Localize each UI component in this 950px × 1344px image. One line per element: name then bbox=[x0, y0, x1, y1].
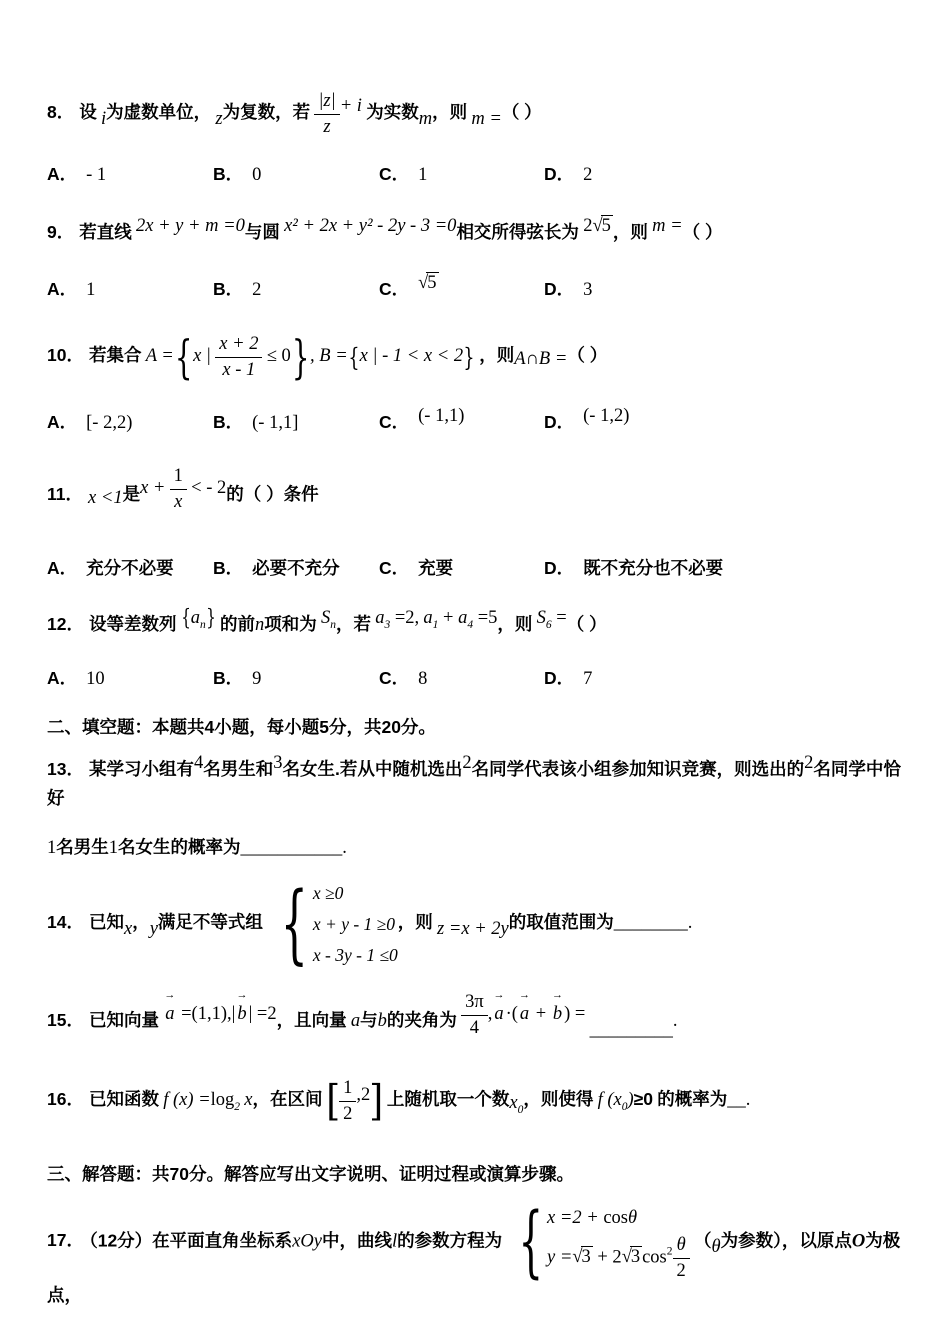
answer-blank: ________ bbox=[614, 913, 688, 933]
option-value-sqrt: √5 bbox=[418, 270, 438, 298]
q13-count-1: 1 bbox=[47, 838, 56, 858]
q14-var-x: x bbox=[124, 916, 132, 944]
right-bracket: ] bbox=[369, 1080, 383, 1122]
q12-answer-parens: （ ） bbox=[567, 614, 607, 634]
answer-blank: ___________ bbox=[241, 838, 343, 858]
q17-xOy: xOy bbox=[292, 1231, 322, 1251]
inequality-row-3: x - 3y - 1 ≤0 bbox=[313, 940, 398, 971]
q16-comma-2: ,2 bbox=[356, 1085, 370, 1105]
q17-number: 17． bbox=[47, 1230, 84, 1250]
cases-brace: { bbox=[281, 881, 308, 967]
vector-letter: b bbox=[553, 1004, 562, 1024]
radicand: 3 bbox=[581, 1246, 593, 1267]
option-label: C． bbox=[379, 279, 409, 299]
q12-a1-a4-equation: a1 + a4 =5 bbox=[423, 605, 497, 634]
option-11-D: D．既不充分也不必要 bbox=[544, 555, 906, 582]
var-S: S bbox=[537, 608, 546, 628]
radicand: 5 bbox=[426, 272, 438, 293]
option-label: B． bbox=[213, 412, 243, 432]
inequality-row-2: x + y - 1 ≥0 bbox=[313, 909, 398, 940]
q11-inequality: x + 1x < - 2 bbox=[140, 465, 226, 514]
q10-leq-zero: ≤ 0 bbox=[267, 346, 291, 366]
parametric-system: {x =2 + cosθy =√3 + 2√3cos2θ2 bbox=[506, 1202, 689, 1283]
question-12-stem: 12．设等差数列 {an} 的前n项和为 Sn，若 a3 =2, a1 + a4… bbox=[47, 611, 906, 641]
var-x: x bbox=[509, 1093, 517, 1113]
x-equation: x =2 + bbox=[547, 1208, 603, 1228]
q10-set-A-equals: A = bbox=[146, 346, 174, 366]
q9-line-equation: 2x + y + m =0 bbox=[136, 213, 245, 241]
vector-letter: b bbox=[237, 1004, 246, 1024]
var-theta: θ bbox=[628, 1208, 637, 1228]
question-15-stem: 15．已知向量 →a =(1,1),|→b| =2，且向量 a与b的夹角为 3π… bbox=[47, 998, 906, 1047]
q10-answer-parens: （ ） bbox=[567, 345, 607, 365]
q13-count-2: 2 bbox=[462, 750, 471, 778]
option-12-C: C．8 bbox=[379, 665, 544, 694]
q13-text: 名女生的概率为 bbox=[118, 837, 241, 857]
q16-text: 上随机取一个数 bbox=[387, 1089, 510, 1109]
question-10-stem: 10．若集合 A ={x | x + 2x - 1 ≤ 0}, B ={x | … bbox=[47, 333, 906, 382]
option-value: (- 1,1) bbox=[418, 403, 464, 431]
q11-number: 11． bbox=[47, 484, 83, 504]
radicand: 3 bbox=[630, 1246, 642, 1267]
q13-text: 名同学代表该小组参加知识竞赛，则选出的 bbox=[472, 759, 805, 779]
q14-text: ，则 bbox=[398, 912, 433, 932]
q10-set-B-condition: x | - 1 < x < 2 bbox=[360, 346, 464, 366]
q15-a-value: =(1,1), bbox=[176, 1004, 231, 1024]
question-9-options: A．1 B．2 C．√5 D．3 bbox=[47, 276, 906, 305]
option-value: 1 bbox=[418, 165, 427, 185]
q10-text: ，则 bbox=[479, 345, 514, 365]
q14-text: 已知 bbox=[89, 912, 124, 932]
sqrt-coefficient: 2 bbox=[583, 216, 592, 236]
q17-text: 为参数），以原点 bbox=[721, 1230, 852, 1250]
q8-number: 8． bbox=[47, 102, 74, 122]
option-8-B: B．0 bbox=[213, 161, 379, 190]
q9-circle-equation: x² + 2x + y² - 2y - 3 =0 bbox=[284, 213, 456, 241]
q8-text: 为虚数单位， bbox=[106, 102, 211, 122]
q8-text: 为实数 bbox=[366, 102, 419, 122]
q11-less-minus-2: < - 2 bbox=[191, 478, 226, 498]
option-value: 8 bbox=[418, 669, 427, 689]
fraction-1-over-x: 1x bbox=[170, 465, 187, 514]
radicand: 5 bbox=[601, 215, 613, 236]
question-12-options: A．10 B．9 C．8 D．7 bbox=[47, 665, 906, 694]
option-label: C． bbox=[379, 668, 409, 688]
option-9-B: B．2 bbox=[213, 276, 379, 305]
q12-Sn: Sn bbox=[321, 605, 336, 634]
option-value: [- 2,2) bbox=[86, 413, 132, 433]
option-label: A． bbox=[47, 668, 77, 688]
plus: + bbox=[531, 1004, 551, 1024]
q8-text: 为复数，若 bbox=[223, 102, 311, 122]
cases-brace: { bbox=[519, 1203, 544, 1281]
option-10-B: B．(- 1,1] bbox=[213, 409, 379, 438]
q9-answer-parens: （ ） bbox=[683, 222, 723, 242]
inequality-row-1: x ≥0 bbox=[313, 878, 398, 909]
var-a: a bbox=[191, 608, 200, 628]
option-label: B． bbox=[213, 279, 243, 299]
option-value: 0 bbox=[252, 165, 261, 185]
fraction-numerator: 1 bbox=[339, 1077, 356, 1102]
q8-answer-parens: （ ） bbox=[502, 102, 542, 122]
q15-text: 的夹角为 bbox=[387, 1010, 457, 1030]
q13-text: 名男生和 bbox=[203, 759, 273, 779]
q12-text: ，则 bbox=[497, 614, 532, 634]
period: . bbox=[688, 913, 693, 933]
question-13-line-2: 1名男生1名女生的概率为___________. bbox=[47, 834, 906, 863]
q15-number: 15． bbox=[47, 1010, 84, 1030]
option-label: A． bbox=[47, 412, 77, 432]
q16-geq-zero: ≥0 bbox=[634, 1089, 653, 1109]
q14-text: 的取值范围为 bbox=[509, 912, 614, 932]
q12-text: 设等差数列 bbox=[89, 614, 177, 634]
q12-text: 的前 bbox=[220, 614, 255, 634]
q17-param-theta: θ bbox=[712, 1234, 721, 1262]
option-value: - 1 bbox=[86, 165, 106, 185]
left-brace: { bbox=[175, 334, 193, 380]
option-label: B． bbox=[213, 164, 243, 184]
option-12-D: D．7 bbox=[544, 665, 906, 694]
q13-text: 名女生.若从中随机选出 bbox=[282, 759, 462, 779]
equals: = bbox=[552, 608, 567, 628]
option-value: 既不充分也不必要 bbox=[583, 558, 723, 578]
fraction-theta-over-2: θ2 bbox=[673, 1234, 690, 1283]
log-function: log bbox=[211, 1090, 235, 1110]
q13-text: 某学习小组有 bbox=[89, 759, 194, 779]
q15-b-norm: | =2 bbox=[249, 1004, 277, 1024]
inequality-system: {x ≥0x + y - 1 ≥0x - 3y - 1 ≤0 bbox=[267, 878, 398, 970]
q14-comma: ， bbox=[132, 912, 150, 932]
fraction-x-plus-2-over-x-minus-1: x + 2x - 1 bbox=[215, 333, 262, 382]
q15-text: 与 bbox=[360, 1010, 378, 1030]
option-10-A: A．[- 2,2) bbox=[47, 409, 213, 438]
option-label: C． bbox=[379, 164, 409, 184]
sqrt-3: √3 bbox=[572, 1241, 592, 1273]
option-12-A: A．10 bbox=[47, 665, 213, 694]
q12-text: ，若 bbox=[336, 614, 371, 634]
option-8-D: D．2 bbox=[544, 161, 906, 190]
q14-objective: z =x + 2y bbox=[437, 916, 509, 944]
option-value: (- 1,1] bbox=[252, 413, 298, 433]
option-value: 7 bbox=[583, 669, 592, 689]
q14-number: 14． bbox=[47, 912, 84, 932]
plus: + bbox=[438, 608, 458, 628]
q17-text: 中，曲线 bbox=[322, 1230, 392, 1250]
q16-text: ，则使得 bbox=[523, 1089, 593, 1109]
dot-open-paren: ·( bbox=[506, 1004, 518, 1024]
parametric-row-2: y =√3 + 2√3cos2θ2 bbox=[547, 1234, 690, 1283]
subscript-n: n bbox=[200, 619, 206, 631]
equals-2: =2, bbox=[390, 608, 419, 628]
cos-function: cos bbox=[642, 1247, 667, 1267]
option-label: A． bbox=[47, 164, 77, 184]
var-S: S bbox=[321, 608, 330, 628]
vector-a: →a bbox=[492, 1001, 505, 1029]
section-3-header: 三、解答题：共70分。解答应写出文字说明、证明过程或演算步骤。 bbox=[47, 1161, 906, 1187]
q8-var-z: z bbox=[215, 106, 222, 134]
fraction-denominator: z bbox=[314, 115, 339, 138]
sqrt-3: √3 bbox=[622, 1241, 642, 1273]
cases-rows: x =2 + cosθy =√3 + 2√3cos2θ2 bbox=[547, 1202, 690, 1283]
q12-a3-equation: a3 =2, bbox=[375, 605, 419, 634]
question-14-stem: 14．已知x，y满足不等式组 {x ≥0x + y - 1 ≥0x - 3y -… bbox=[47, 878, 906, 970]
fraction-denominator: 2 bbox=[673, 1259, 690, 1282]
answer-blank: _________ bbox=[590, 1017, 673, 1045]
q12-sequence-an: {an} bbox=[181, 605, 216, 634]
vector-letter: a bbox=[520, 1004, 529, 1024]
fraction-denominator: 4 bbox=[461, 1016, 488, 1039]
period: . bbox=[746, 1090, 751, 1110]
section-2-header: 二、填空题：本题共4小题，每小题5分，共20分。 bbox=[47, 714, 906, 740]
q8-var-m: m bbox=[419, 106, 432, 134]
q9-text: 相交所得弦长为 bbox=[456, 222, 579, 242]
option-value: 充分不必要 bbox=[86, 558, 174, 578]
fraction-numerator: 1 bbox=[170, 465, 187, 490]
q13-count-2: 2 bbox=[804, 750, 813, 778]
cases-rows: x ≥0x + y - 1 ≥0x - 3y - 1 ≤0 bbox=[313, 878, 398, 970]
q14-text: 满足不等式组 bbox=[158, 912, 263, 932]
log-base-2: 2 bbox=[234, 1101, 240, 1113]
q8-var-i: i bbox=[101, 106, 106, 134]
q10-set-condition: x | bbox=[193, 346, 211, 366]
vector-arrow-icon: → bbox=[493, 990, 504, 1001]
option-10-D: D．(- 1,2) bbox=[544, 409, 906, 438]
q16-fx-equals: f (x) = bbox=[163, 1090, 210, 1110]
option-value: 10 bbox=[86, 669, 105, 689]
section-3-title: 三、解答题：共70分。解答应写出文字说明、证明过程或演算步骤。 bbox=[47, 1164, 574, 1184]
q17-text: 的参数方程为 bbox=[397, 1230, 502, 1250]
q15-var-a: a bbox=[351, 1011, 360, 1031]
question-13-line-1: 13．某学习小组有4名男生和3名女生.若从中随机选出2名同学代表该小组参加知识竞… bbox=[47, 756, 906, 811]
q16-text: ，在区间 bbox=[252, 1089, 322, 1109]
exam-page: { "sym": {"arrow":"→","sqrt":"√","lbrace… bbox=[0, 0, 950, 1344]
q9-text: ，则 bbox=[613, 222, 648, 242]
vector-b: →b bbox=[551, 1001, 564, 1029]
q8-text: ，则 bbox=[432, 102, 467, 122]
vector-a: →a bbox=[518, 1001, 531, 1029]
option-value: 必要不充分 bbox=[252, 558, 340, 578]
option-value: 充要 bbox=[418, 558, 453, 578]
left-brace: { bbox=[348, 345, 359, 370]
fraction-3pi-over-4: 3π4 bbox=[461, 991, 488, 1040]
q9-number: 9． bbox=[47, 222, 74, 242]
q10-number: 10． bbox=[47, 345, 84, 365]
option-label: B． bbox=[213, 668, 243, 688]
question-11-stem: 11．x <1是x + 1x < - 2的（ ）条件 bbox=[47, 472, 906, 521]
q12-text: 项和为 bbox=[264, 614, 317, 634]
q17-open-paren: （ bbox=[694, 1230, 712, 1250]
question-11-options: A．充分不必要 B．必要不充分 C．充要 D．既不充分也不必要 bbox=[47, 555, 906, 582]
option-value: 2 bbox=[252, 280, 261, 300]
option-8-C: C．1 bbox=[379, 161, 544, 190]
option-label: B． bbox=[213, 558, 243, 578]
option-value: 1 bbox=[86, 280, 95, 300]
q12-S6-equals: S6 = bbox=[537, 605, 567, 634]
q16-number: 16． bbox=[47, 1089, 84, 1109]
q13-count-1: 1 bbox=[109, 838, 118, 858]
subscript-n: n bbox=[330, 619, 336, 631]
sqrt-5: √5 bbox=[592, 213, 612, 241]
option-9-A: A．1 bbox=[47, 276, 213, 305]
vector-b: →b bbox=[235, 1001, 248, 1029]
fraction-denominator: x bbox=[170, 490, 187, 513]
fraction-denominator: 2 bbox=[339, 1102, 356, 1125]
option-label: D． bbox=[544, 164, 574, 184]
subscript-0: 0 bbox=[518, 1104, 524, 1116]
option-9-D: D．3 bbox=[544, 276, 906, 305]
var-a: a bbox=[458, 608, 467, 628]
option-11-B: B．必要不充分 bbox=[213, 555, 379, 582]
q8-plus-i: + i bbox=[340, 93, 362, 121]
option-8-A: A．- 1 bbox=[47, 161, 213, 190]
option-label: D． bbox=[544, 668, 574, 688]
q9-m-equals: m = bbox=[652, 213, 682, 241]
q11-text: 的（ ）条件 bbox=[226, 484, 318, 504]
option-label: A． bbox=[47, 279, 77, 299]
fraction-numerator: |z| bbox=[314, 90, 339, 115]
close-paren-equals: ) = bbox=[564, 1004, 585, 1024]
q14-var-y: y bbox=[150, 916, 158, 944]
q16-x0: x0 bbox=[509, 1090, 523, 1119]
q11-x-less-1: x <1 bbox=[88, 485, 123, 513]
q10-set-B-equals: , B = bbox=[310, 346, 348, 366]
y-equals: y = bbox=[547, 1247, 572, 1267]
var-n: n bbox=[255, 615, 264, 635]
q15-text: ，且向量 bbox=[277, 1010, 347, 1030]
vector-arrow-icon: → bbox=[519, 990, 530, 1001]
var-a: a bbox=[423, 608, 432, 628]
period: . bbox=[673, 1011, 678, 1031]
cos-function: cos bbox=[603, 1208, 628, 1228]
question-9-stem: 9．若直线 2x + y + m =0与圆 x² + 2x + y² - 2y … bbox=[47, 219, 906, 248]
right-brace: } bbox=[463, 345, 474, 370]
q11-text: 是 bbox=[123, 484, 141, 504]
q15-vector-equations: →a =(1,1),|→b| =2 bbox=[163, 1001, 276, 1029]
question-10-options: A．[- 2,2) B．(- 1,1] C．(- 1,1) D．(- 1,2) bbox=[47, 409, 906, 438]
vector-arrow-icon: → bbox=[552, 990, 563, 1001]
question-8-options: A．- 1 B．0 C．1 D．2 bbox=[47, 161, 906, 190]
q16-text: 已知函数 bbox=[89, 1089, 159, 1109]
q9-text: 与圆 bbox=[245, 222, 280, 242]
q17-origin-O: O bbox=[852, 1231, 865, 1251]
q13-text: 名男生 bbox=[56, 837, 109, 857]
option-label: D． bbox=[544, 279, 574, 299]
section-2-title: 二、填空题：本题共4小题，每小题5分，共20分。 bbox=[47, 717, 436, 737]
q9-text: 若直线 bbox=[79, 222, 132, 242]
option-label: C． bbox=[379, 412, 409, 432]
vector-arrow-icon: → bbox=[164, 990, 175, 1001]
option-value: (- 1,2) bbox=[583, 403, 629, 431]
q16-text: 的概率为 bbox=[657, 1089, 727, 1109]
option-11-A: A．充分不必要 bbox=[47, 555, 213, 582]
parametric-row-1: x =2 + cosθ bbox=[547, 1202, 690, 1234]
left-bracket: [ bbox=[326, 1080, 340, 1122]
fraction-denominator: x - 1 bbox=[215, 358, 262, 381]
equals-5: =5 bbox=[473, 608, 497, 628]
q8-text: 设 bbox=[79, 102, 97, 122]
q12-number: 12． bbox=[47, 614, 84, 634]
q17-text: （12分）在平面直角坐标系 bbox=[89, 1230, 292, 1250]
option-label: A． bbox=[47, 558, 77, 578]
fraction-absz-over-z: |z|z bbox=[314, 90, 339, 139]
q11-x-plus: x + bbox=[140, 478, 165, 498]
vector-letter: a bbox=[494, 1004, 503, 1024]
option-value: 3 bbox=[583, 280, 592, 300]
option-label: D． bbox=[544, 558, 574, 578]
right-brace: } bbox=[292, 334, 310, 380]
fraction-1-over-2: 12 bbox=[339, 1077, 356, 1126]
q9-chord-length: 2√5 bbox=[583, 213, 613, 241]
vector-arrow-icon: → bbox=[236, 990, 247, 1001]
option-label: C． bbox=[379, 558, 409, 578]
q15-text: 已知向量 bbox=[89, 1010, 159, 1030]
q13-count-3: 3 bbox=[273, 750, 282, 778]
option-10-C: C．(- 1,1) bbox=[379, 409, 544, 438]
q16-fx0-open: f (x bbox=[598, 1090, 622, 1110]
option-12-B: B．9 bbox=[213, 665, 379, 694]
q15-dot-product: ,→a·(→a + →b) = bbox=[488, 1001, 586, 1029]
option-label: D． bbox=[544, 412, 574, 432]
option-value: 9 bbox=[252, 669, 261, 689]
q10-text: 若集合 bbox=[89, 345, 142, 365]
right-brace: } bbox=[206, 608, 216, 630]
option-11-C: C．充要 bbox=[379, 555, 544, 582]
left-brace: { bbox=[181, 608, 191, 630]
fraction-numerator: θ bbox=[673, 1234, 690, 1259]
option-9-C: C．√5 bbox=[379, 276, 544, 305]
fraction-numerator: x + 2 bbox=[215, 333, 262, 358]
vector-a: →a bbox=[163, 1001, 176, 1029]
q15-var-b: b bbox=[378, 1011, 387, 1031]
answer-blank: __ bbox=[727, 1090, 746, 1110]
q10-intersection: A∩B = bbox=[514, 346, 567, 374]
q13-count-4: 4 bbox=[194, 750, 203, 778]
sqrt-5: √5 bbox=[418, 270, 438, 298]
period: . bbox=[342, 838, 347, 858]
q8-m-equals: m = bbox=[471, 106, 501, 134]
vector-letter: a bbox=[165, 1004, 174, 1024]
question-8-stem: 8．设 i为虚数单位， z为复数，若 |z|z+ i 为实数m，则 m =（ ） bbox=[47, 90, 906, 139]
fraction-numerator: 3π bbox=[461, 991, 488, 1016]
plus-2: + 2 bbox=[593, 1247, 622, 1267]
question-16-stem: 16．已知函数 f (x) =log2 x，在区间 [12,2] 上随机取一个数… bbox=[47, 1077, 906, 1126]
q13-number: 13． bbox=[47, 759, 84, 779]
option-value: 2 bbox=[583, 165, 592, 185]
question-17-stem: 17．（12分）在平面直角坐标系xOy中，曲线l的参数方程为 {x =2 + c… bbox=[47, 1202, 906, 1309]
